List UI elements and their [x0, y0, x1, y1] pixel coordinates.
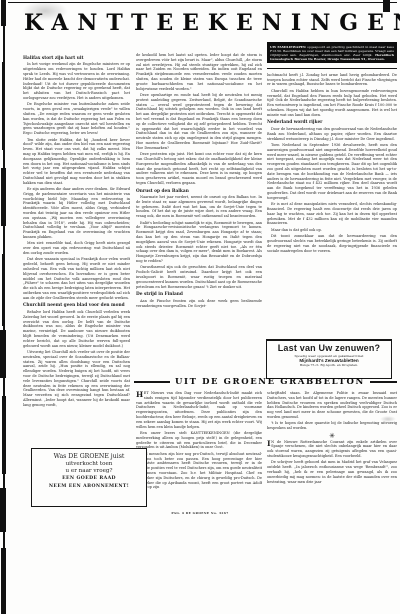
- article-paragraph: schrijftafel staan. De Algemeene Politie…: [267, 391, 397, 420]
- grabbelton-column-left: HET Nieuws van den Dag voor Nederlandsch…: [136, 391, 262, 509]
- article-heading-churchill: Churchill neemt geen blad voor den mond: [23, 303, 130, 308]
- article-heading-balkan: Onrust op den Balkan: [136, 189, 262, 194]
- page-footer: PAG. 4 DE GROENE No. 3267: [130, 511, 270, 515]
- page-edge-artifact: [0, 330, 6, 378]
- page-edge-artifact: [1, 0, 6, 26]
- ad-abonnement-line4: EEN GOEDE RAAD: [32, 476, 146, 482]
- article-paragraph: Dit toont zonneklaar aan dat de herwaard…: [267, 234, 397, 253]
- page-edge-artifact: [2, 254, 5, 326]
- article-paragraph: Er is met al deze manipulaties niets ver…: [267, 202, 397, 226]
- article-paragraph: De schrijver heeft gehoord dat men in Ma…: [267, 460, 397, 484]
- article-paragraph: Churchill en Halifax hebben in hun boven…: [267, 89, 397, 118]
- page-edge-artifact: [2, 62, 5, 150]
- ad-abonnement: Was DE GROENE juist uitverkocht toen u e…: [31, 448, 147, 507]
- article-paragraph: de krokodil hem het laatst zal opeten. I…: [136, 53, 262, 91]
- page-edge-artifact: [0, 488, 6, 532]
- article-paragraph: 't Is te hopen dat deze quaestie bij de …: [267, 421, 397, 431]
- article-paragraph: Er zijn anderen die daar anders over den…: [23, 187, 130, 240]
- ad-abonnement-line5: NEEM EEN ABONNEMENT!: [32, 484, 146, 490]
- article-paragraph: Maar dan is dat geld ook op.: [267, 228, 397, 233]
- column-divider-rule: [267, 68, 397, 69]
- page-edge-artifact: [1, 168, 6, 226]
- section-title: UIT DE GROENE GRABBELTON: [170, 377, 370, 387]
- dropcap: H: [136, 391, 144, 399]
- article-paragraph: Ten slotte zeide Halifax, dat hij „honde…: [23, 138, 130, 186]
- article-paragraph: Uitvoerig liet Churchill zich verder uit…: [23, 350, 130, 408]
- article-paragraph: Deze openhartige en ronde taal heeft bij…: [136, 93, 262, 151]
- ad-familiewapen: UW FAMILIEWAPEN opgespoord en prachtig g…: [267, 42, 397, 63]
- ad-abonnement-line3: u er naar vroeg?: [32, 468, 146, 475]
- column-middle: de krokodil hem het laatst zal opeten. I…: [136, 53, 262, 375]
- section-banner: UIT DE GROENE GRABBELTON: [134, 377, 397, 387]
- page-title: KANTTEEKENINGEN: [24, 10, 396, 36]
- ad-zenuwtabletten: Last van Uw zenuwen? Spoedig weer opgewe…: [266, 339, 392, 379]
- article-paragraph: Door de herwaardeering van den goudvoorr…: [267, 127, 397, 141]
- page-edge-artifact: [1, 548, 6, 614]
- article-paragraph: De Engelsche minister van buitenlandsche…: [23, 102, 130, 136]
- column-right: UW FAMILIEWAPEN opgespoord en prachtig g…: [267, 40, 397, 338]
- article-heading-finland: De strijd in Finland: [136, 292, 262, 297]
- article-paragraph: Een onzer lezers stelt KANTTEEKENINGEN (…: [136, 431, 262, 450]
- newspaper-page: KANTTEEKENINGEN Halifax stort zijn hart …: [0, 0, 400, 614]
- column-left: Halifax stort zijn hart uit In het vorig…: [23, 53, 130, 445]
- article-paragraph: Naarmate het jaar vordert, neemt de onru…: [136, 195, 262, 219]
- article-paragraph: Behalve lord Halifax heeft ook Churchill…: [23, 310, 130, 348]
- ad-zenuwtabletten-title: Last van Uw zenuwen?: [267, 344, 391, 353]
- banner-rule-left: [134, 381, 170, 382]
- banner-rule-right: [370, 381, 397, 382]
- article-paragraph: luchtmacht heeft j.l. Zondag het arme la…: [267, 73, 397, 87]
- ad-zenuwtabletten-note: Buisje 75 ct. Bij Apoth. en Drogisten.: [267, 363, 391, 367]
- grabbelton-column-right: schrijftafel staan. De Algemeene Politie…: [267, 391, 397, 516]
- article-heading-nederland: Nederland wordt rijker: [267, 120, 397, 125]
- page-edge-artifact: [2, 396, 6, 474]
- article-paragraph: Veel menschen zijn hier nog pro-Duitsch,…: [136, 452, 262, 490]
- article-heading-halifax: Halifax stort zijn hart uit: [23, 56, 130, 61]
- article-paragraph: HET Nieuws van den Dag voor Nederlandsch…: [136, 391, 262, 429]
- ornament-star: ✳: [267, 433, 397, 439]
- ad-abonnement-line1: Was DE GROENE juist: [32, 453, 146, 461]
- article-paragraph: In het vorige weekend zijn de Engelsche …: [23, 62, 130, 100]
- ad-abonnement-line2: uitverkocht toen: [32, 461, 146, 468]
- article-paragraph: Onrustbarend zijn ook de geruchten dat D…: [136, 265, 262, 289]
- article-paragraph: Dat deze waanzin speciaal in Frankrijk d…: [23, 257, 130, 300]
- article-paragraph: Italië's bedoeling schijnt namelijk te z…: [136, 221, 262, 264]
- article-paragraph: IN de Nieuwe Rotterdamsche Courant zijn …: [267, 440, 397, 459]
- article-paragraph: Toen Nederland in September 1936 devalue…: [267, 143, 397, 201]
- article-paragraph: Aan de Finsche fronten zijn ook deze wee…: [136, 299, 262, 309]
- article-paragraph: Men ziet: eenzelfde taal, doch Grigg hee…: [23, 241, 130, 255]
- article-paragraph: Deze protesten zijn juist. Het komt ons …: [136, 152, 262, 186]
